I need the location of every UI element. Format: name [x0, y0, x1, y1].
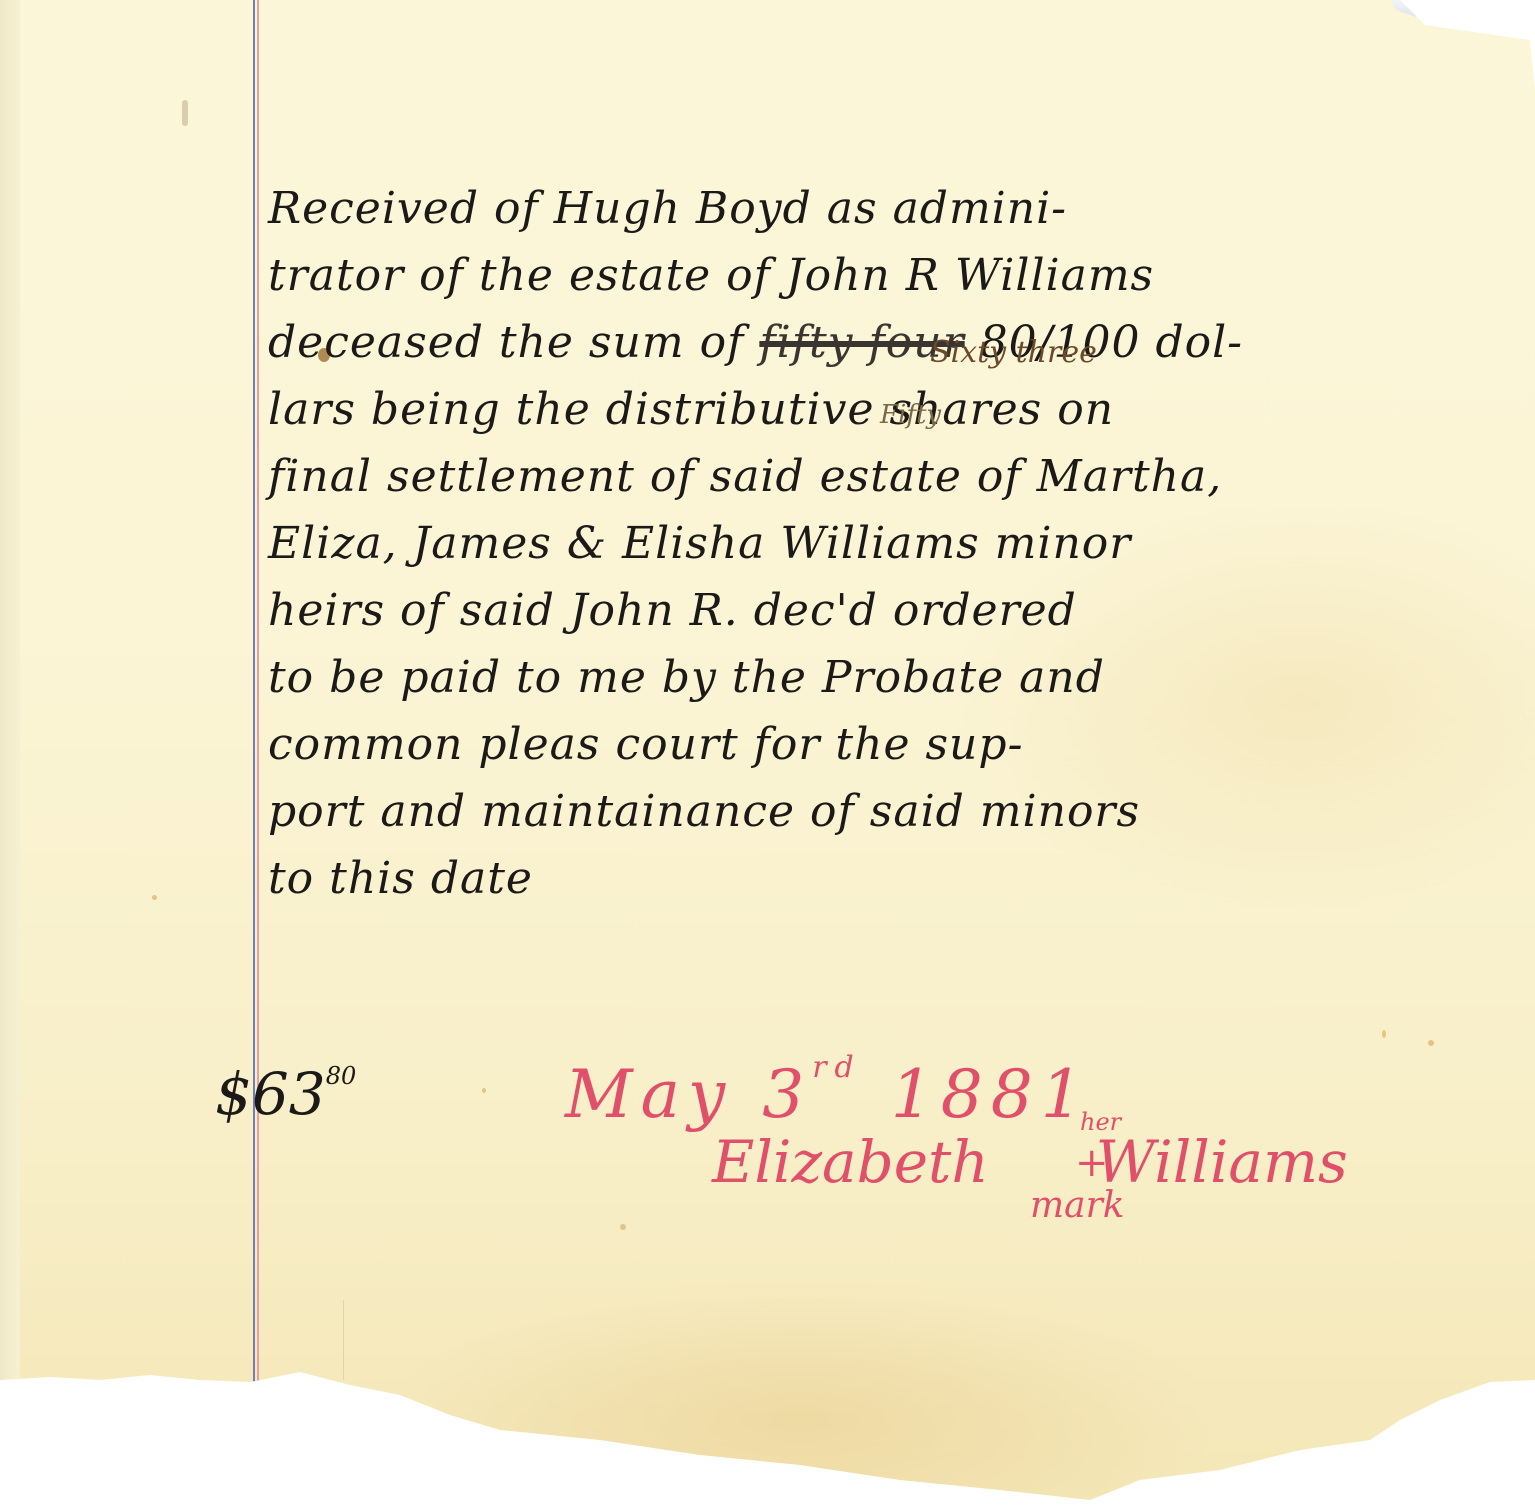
body-line-3: deceased the sum of fifty four 80/100 do… — [268, 309, 1518, 376]
body-line-3-lead: deceased the sum of — [268, 317, 744, 368]
body-line-9: common pleas court for the sup- — [268, 711, 1518, 778]
signature-cross-mark: + — [1075, 1140, 1109, 1186]
paper-sheet: Received of Hugh Boyd as admini- trator … — [0, 0, 1535, 1511]
body-line-2: trator of the estate of John R Williams — [268, 242, 1518, 309]
signature-first-name: Elizabeth — [712, 1128, 989, 1196]
amount-cents: 80 — [326, 1062, 357, 1090]
body-line-6: Eliza, James & Elisha Williams minor — [268, 510, 1518, 577]
interlinear-correction: Sixty three — [930, 335, 1097, 370]
body-line-1: Received of Hugh Boyd as admini- — [268, 175, 1518, 242]
body-line-10: port and maintainance of said minors — [268, 778, 1518, 845]
interlinear-below: Fifty — [880, 400, 941, 430]
stain-spot — [1382, 1030, 1386, 1038]
page-fold — [343, 1300, 344, 1380]
stain-spot — [620, 1224, 626, 1230]
body-line-7: heirs of said John R. dec'd ordered — [268, 577, 1518, 644]
binding-mark — [182, 100, 188, 126]
stain-spot — [482, 1088, 486, 1093]
torn-corner — [1388, 0, 1442, 23]
stain-spot — [152, 895, 157, 900]
left-edge-strip — [0, 0, 20, 1380]
amount-figure: $6380 — [215, 1060, 356, 1128]
date-suffix: rd — [812, 1050, 862, 1085]
receipt-date: May 3rd 1881 — [565, 1050, 1091, 1133]
body-line-5: final settlement of said estate of Marth… — [268, 443, 1518, 510]
stain-spot — [1428, 1040, 1434, 1046]
body-line-8: to be paid to me by the Probate and — [268, 644, 1518, 711]
signature-mark-label: mark — [1030, 1185, 1125, 1226]
date-month-day: May 3 — [565, 1056, 812, 1133]
body-line-11: to this date — [268, 845, 1518, 912]
amount-whole: 63 — [252, 1060, 326, 1128]
margin-line-red — [257, 0, 259, 1385]
margin-line-blue — [253, 0, 255, 1385]
receipt-body: Received of Hugh Boyd as admini- trator … — [268, 175, 1518, 912]
signature-last-name: Williams — [1096, 1128, 1348, 1196]
signature-her: her — [1080, 1108, 1121, 1136]
dollar-sign: $ — [215, 1060, 252, 1128]
date-year: 1881 — [891, 1056, 1091, 1133]
